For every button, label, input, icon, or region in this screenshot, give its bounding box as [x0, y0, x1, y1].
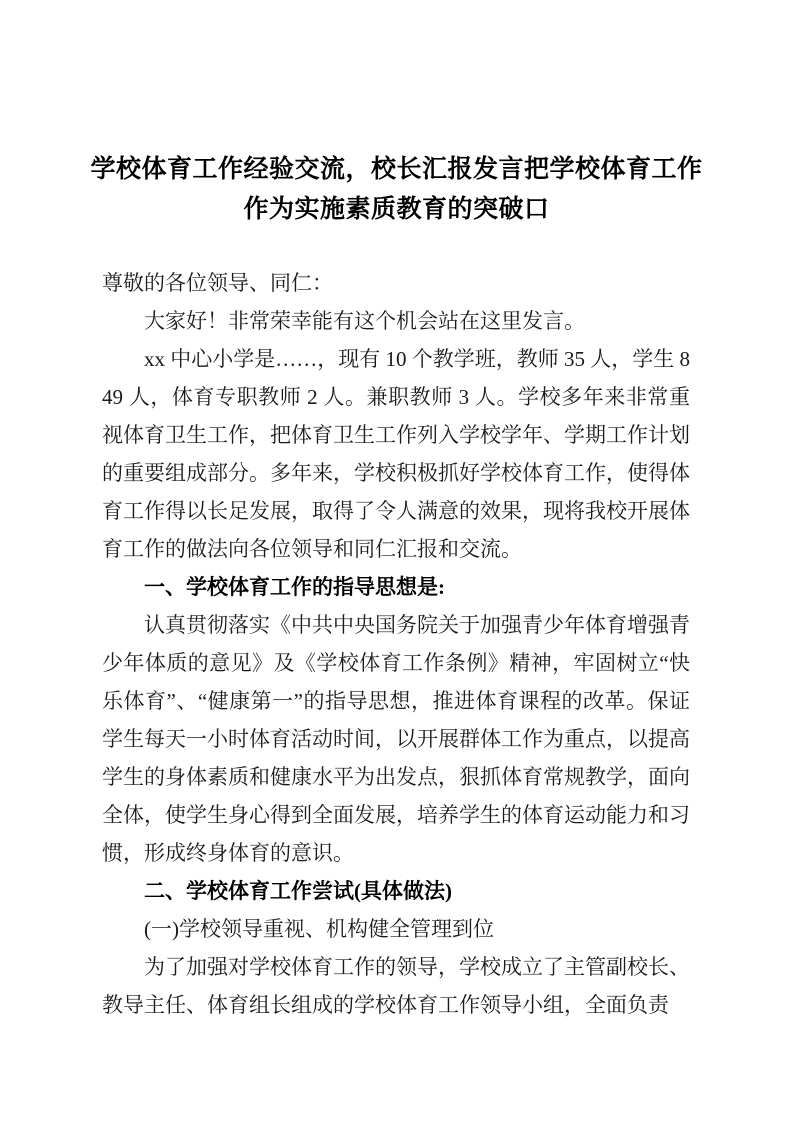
document-page: 学校体育工作经验交流，校长汇报发言把学校体育工作作为实施素质教育的突破口 尊敬的…: [0, 0, 793, 1122]
document-body: 尊敬的各位领导、同仁：大家好！非常荣幸能有这个机会站在这里发言。xx 中心小学是…: [102, 264, 690, 1024]
document-title: 学校体育工作经验交流，校长汇报发言把学校体育工作作为实施素质教育的突破口: [0, 0, 793, 230]
paragraph: (一)学校领导重视、机构健全管理到位: [102, 910, 690, 948]
section-heading: 一、学校体育工作的指导思想是:: [102, 568, 690, 606]
paragraph: 为了加强对学校体育工作的领导，学校成立了主管副校长、教导主任、体育组长组成的学校…: [102, 948, 690, 1024]
paragraph: xx 中心小学是……，现有 10 个教学班，教师 35 人，学生 849 人，体…: [102, 340, 690, 568]
paragraph: 大家好！非常荣幸能有这个机会站在这里发言。: [102, 302, 690, 340]
paragraph: 尊敬的各位领导、同仁：: [102, 264, 690, 302]
section-heading: 二、学校体育工作尝试(具体做法): [102, 872, 690, 910]
paragraph: 认真贯彻落实《中共中央国务院关于加强青少年体育增强青少年体质的意见》及《学校体育…: [102, 606, 690, 872]
